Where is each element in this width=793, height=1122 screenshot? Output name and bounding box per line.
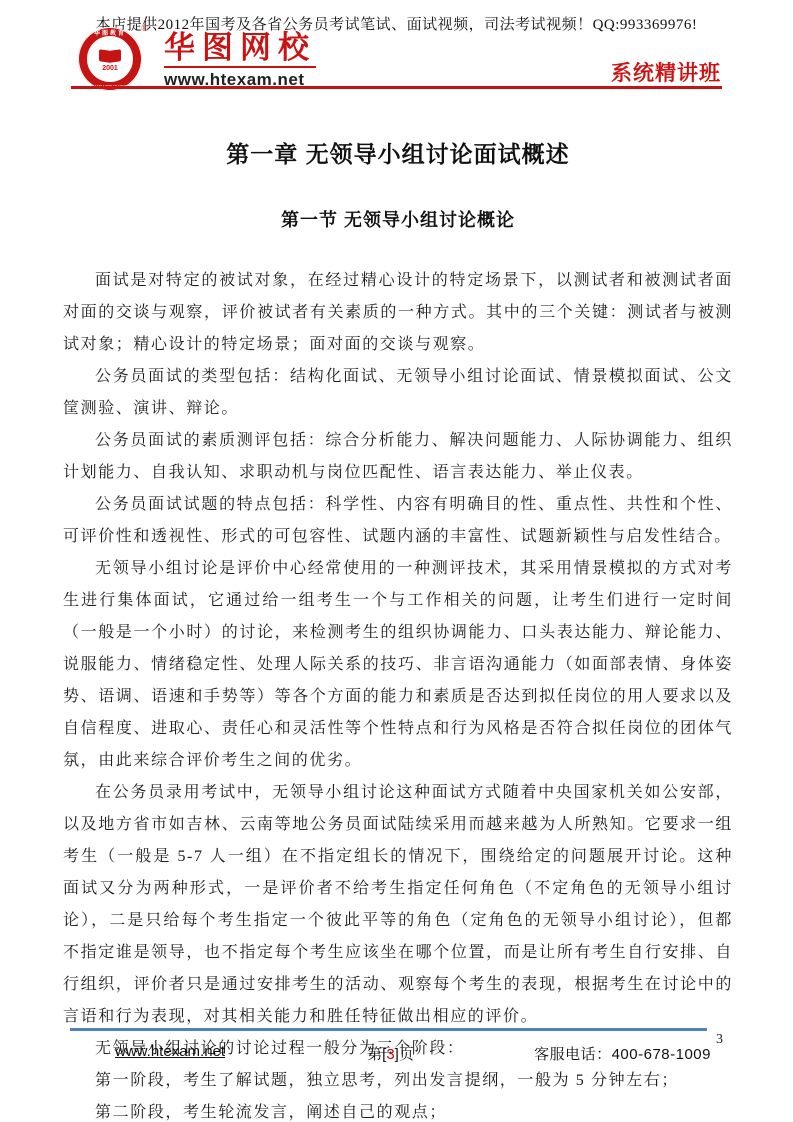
footer-page-number: 3 <box>386 1046 394 1063</box>
header-divider <box>71 86 722 89</box>
course-label: 系统精讲班 <box>611 57 721 87</box>
seal-inner-circle: 2001 <box>86 35 134 83</box>
body-paragraph: 公务员面试的素质测评包括：综合分析能力、解决问题能力、人际协调能力、组织计划能力… <box>63 425 733 489</box>
body-paragraph: 公务员面试试题的特点包括：科学性、内容有明确目的性、重点性、共性和个性、可评价性… <box>63 489 733 553</box>
body-paragraph: 面试是对特定的被试对象，在经过精心设计的特定场景下，以测试者和被测试者面对面的交… <box>63 265 733 361</box>
registered-trademark-icon: ® <box>141 23 148 33</box>
footer-page-suffix: ]页 <box>395 1046 414 1063</box>
open-book-icon <box>99 50 121 62</box>
body-paragraph: 在公务员录用考试中，无领导小组讨论这种面试方式随着中央国家机关如公安部，以及地方… <box>63 777 733 1033</box>
seal-year-label: 2001 <box>87 65 133 72</box>
body-paragraph: 第二阶段，考生轮流发言，阐述自己的观点； <box>63 1097 733 1122</box>
document-body: 第一章 无领导小组讨论面试概述 第一节 无领导小组讨论概论 面试是对特定的被试对… <box>63 136 733 1122</box>
footer-service-phone: 客服电话：400-678-1009 <box>534 1043 711 1064</box>
footer-divider <box>70 1028 707 1031</box>
paragraph-container: 面试是对特定的被试对象，在经过精心设计的特定场景下，以测试者和被测试者面对面的交… <box>63 265 733 1122</box>
footer: www.htexam.net 第[3]页 客服电话：400-678-1009 <box>70 1043 711 1063</box>
body-paragraph: 公务员面试的类型包括：结构化面试、无领导小组讨论面试、情景模拟面试、公文筐测验、… <box>63 361 733 425</box>
body-paragraph: 无领导小组讨论是评价中心经常使用的一种测评技术，其采用情景模拟的方式对考生进行集… <box>63 553 733 777</box>
section-title: 第一节 无领导小组讨论概论 <box>63 206 733 232</box>
body-paragraph: 第一阶段，考生了解试题，独立思考，列出发言提纲，一般为 5 分钟左右； <box>63 1065 733 1097</box>
brand-name: 华图网校 <box>164 32 316 68</box>
footer-page-prefix: 第[ <box>367 1046 386 1063</box>
huatu-seal-logo: 华图教育 2001 HUATU EDUCATION ® <box>78 27 142 91</box>
chapter-title: 第一章 无领导小组讨论面试概述 <box>63 136 733 169</box>
brand-block: 华图网校 www.htexam.net <box>164 32 316 90</box>
page-number: 3 <box>716 1032 723 1048</box>
